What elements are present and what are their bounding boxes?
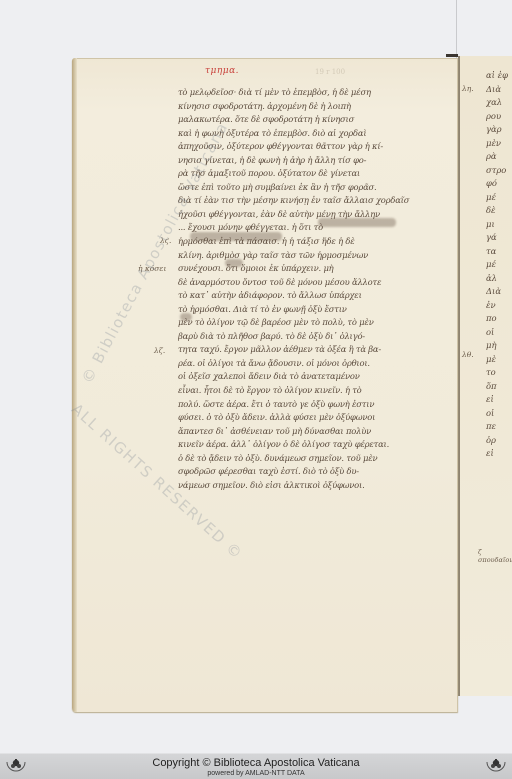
manuscript-line: γά	[486, 231, 512, 245]
manuscript-line: πε	[486, 420, 512, 434]
manuscript-line: πολύ. ὥστε ἀέρα. ἔτι ὁ ταυτὸ γε ὀξὺ φωνὴ…	[178, 398, 448, 412]
manuscript-line: στρο	[486, 164, 512, 178]
image-viewer[interactable]: τμημα. 19 r 100 τὸ μελῳδεῖοσ· διὰ τί μὲν…	[0, 0, 512, 753]
manuscript-line: ὁ δὲ τὸ ᾄδειν τὸ ὀξὺ. δυνάμεωσ σημεῖον. …	[178, 452, 448, 466]
margin-note-section-39: λθ.	[462, 350, 474, 359]
ink-smudge	[225, 259, 243, 267]
manuscript-line: αἱ ἐφ	[486, 69, 512, 83]
ink-smudge	[318, 218, 396, 227]
manuscript-line: μὴ	[486, 339, 512, 353]
manuscript-line: κίνησισ σφοδροτάτη. ἀρχομένη δὲ ἡ λοιπὴ	[178, 100, 448, 114]
manuscript-line: Διὰ	[486, 285, 512, 299]
manuscript-line: φό	[486, 177, 512, 191]
manuscript-line: γὰρ	[486, 123, 512, 137]
manuscript-line: ὥστε ἐπὶ τοῦτο μὴ συμβαίνει ἐκ ἂν ἡ τῆσ …	[178, 181, 448, 195]
manuscript-line: κλίνη. ἀριθμὸσ γὰρ ταῖσ τὰσ τῶν ἡρμοσμέν…	[178, 249, 448, 263]
ink-smudge	[180, 313, 192, 321]
manuscript-line: ἐν	[486, 299, 512, 313]
manuscript-line: πο	[486, 312, 512, 326]
manuscript-line: ἅπαντεσ δι᾽ ἀσθένειαν τοῦ μὴ δύνασθαι πο…	[178, 425, 448, 439]
manuscript-line: οἱ	[486, 407, 512, 421]
manuscript-line: κινεῖν ἀέρα. ἀλλ᾽ ὀλίγον ὁ δὲ ὀλίγοσ ταχ…	[178, 438, 448, 452]
manuscript-line: χαλ	[486, 96, 512, 110]
manuscript-line: εἶναι. ἦτοι δὲ τὸ ἔργον τὸ ὀλίγον κινεῖν…	[178, 384, 448, 398]
manuscript-line: ρὰ	[486, 150, 512, 164]
manuscript-line: μι	[486, 218, 512, 232]
manuscript-line: ἠχοῦσι φθέγγονται, ἐὰν δὲ αὐτὴν μένῃ τὴν…	[178, 208, 448, 222]
manuscript-line: μὲ	[486, 353, 512, 367]
papal-emblem-icon	[484, 756, 508, 776]
manuscript-line: ὁρ	[486, 434, 512, 448]
copyright-text: Copyright © Biblioteca Apostolica Vatica…	[0, 757, 512, 769]
manuscript-line: βαρὺ διὰ τὸ πλῆθοσ βαρύ. τὸ δὲ ὀξὺ δι᾽ ὀ…	[178, 330, 448, 344]
manuscript-line: εἰ	[486, 393, 512, 407]
manuscript-line: δὲ ἀναρμόστου ὄντοσ τοῦ δὲ μόνου μέσου ἄ…	[178, 276, 448, 290]
manuscript-line: ὅπ	[486, 380, 512, 394]
manuscript-line: τὸ ἡρμόσθαι. Διὰ τί τὸ ἐν φωνῇ ὀξὺ ἔστιν	[178, 303, 448, 317]
manuscript-line: τὸ κατ᾽ αὐτὴν ἀδιάφορον. τὸ ἄλλωσ ὑπάρχε…	[178, 289, 448, 303]
manuscript-line: ρέα. οἱ ὀλίγοι τὰ ἄνω ᾄδουσιν. οἱ μόνοι …	[178, 357, 448, 371]
manuscript-line: νησισ γίνεται, ἡ δὲ φωνὴ ἡ ἀὴρ ἡ ἄλλη τί…	[178, 154, 448, 168]
page-heading-rubric: τμημα.	[205, 66, 239, 76]
manuscript-line: εἰ	[486, 447, 512, 461]
manuscript-line: μέ	[486, 258, 512, 272]
manuscript-line: ρου	[486, 110, 512, 124]
margin-note-section-38: λη.	[462, 84, 474, 93]
faint-folio-mark: 19 r 100	[315, 68, 345, 76]
powered-by-text: powered by AMLAD-NTT DATA	[0, 770, 512, 777]
manuscript-line: διὰ τί ἐὰν τισ τὴν μέσην κινήσῃ ἐν ταῖσ …	[178, 194, 448, 208]
papal-emblem-icon	[4, 756, 28, 776]
manuscript-line: ἀλ	[486, 272, 512, 286]
manuscript-text-right: αἱ ἐφΔιὰχαλρουγὰρμὲνρὰστροφόμέδὲμιγάταμέ…	[486, 69, 512, 461]
manuscript-line: σφοδρῶσ φέρεσθαι ταχὺ ἐστί. διὸ τὸ ὀξὺ δ…	[178, 465, 448, 479]
gutter-line	[456, 0, 457, 60]
manuscript-line: ρὰ τῆσ ἁμαξιτοῦ πορου. ὀξύτατον δὲ γίνετ…	[178, 167, 448, 181]
gutter-tab	[446, 54, 458, 57]
manuscript-line: τὸ μελῳδεῖοσ· διὰ τί μὲν τὸ ἐπεμβὸσ, ἡ δ…	[178, 86, 448, 100]
footer-bar: Copyright © Biblioteca Apostolica Vatica…	[0, 753, 512, 779]
manuscript-line: τα	[486, 245, 512, 259]
manuscript-line: δὲ	[486, 204, 512, 218]
manuscript-line: μὲν	[486, 137, 512, 151]
manuscript-line: νάμεωσ σημεῖον. διὸ εἰσι ἀλκτικοὶ ὀξύφων…	[178, 479, 448, 493]
manuscript-line: φύσει. ὁ τὸ ὀξὺ ἄδειν. ἀλλὰ φύσει μὲν ὀξ…	[178, 411, 448, 425]
manuscript-line: οἱ	[486, 326, 512, 340]
margin-note-section-37: λζ.	[154, 346, 165, 355]
manuscript-line: Διὰ	[486, 83, 512, 97]
ink-smudge	[190, 232, 282, 241]
manuscript-line: μὲν τὸ ὀλίγον τῷ δὲ βαρέοσ μὲν τὸ πολὺ, …	[178, 316, 448, 330]
manuscript-line: μέ	[486, 191, 512, 205]
manuscript-line: το	[486, 366, 512, 380]
catchword: ζ σπουδαῖον	[478, 548, 512, 564]
manuscript-line: τητα ταχύ. ἔργον μᾶλλον ἀέθμεν τὰ ὀξέα ἢ…	[178, 343, 448, 357]
manuscript-line: οἱ ὀξεῖσ χαλεποὶ ἄδειν διὰ τὸ ἀνατεταμέν…	[178, 370, 448, 384]
manuscript-line: συνέχουσι. ὅτι ὅμοιοι ἐκ ὑπάρχειν. μὴ	[178, 262, 448, 276]
